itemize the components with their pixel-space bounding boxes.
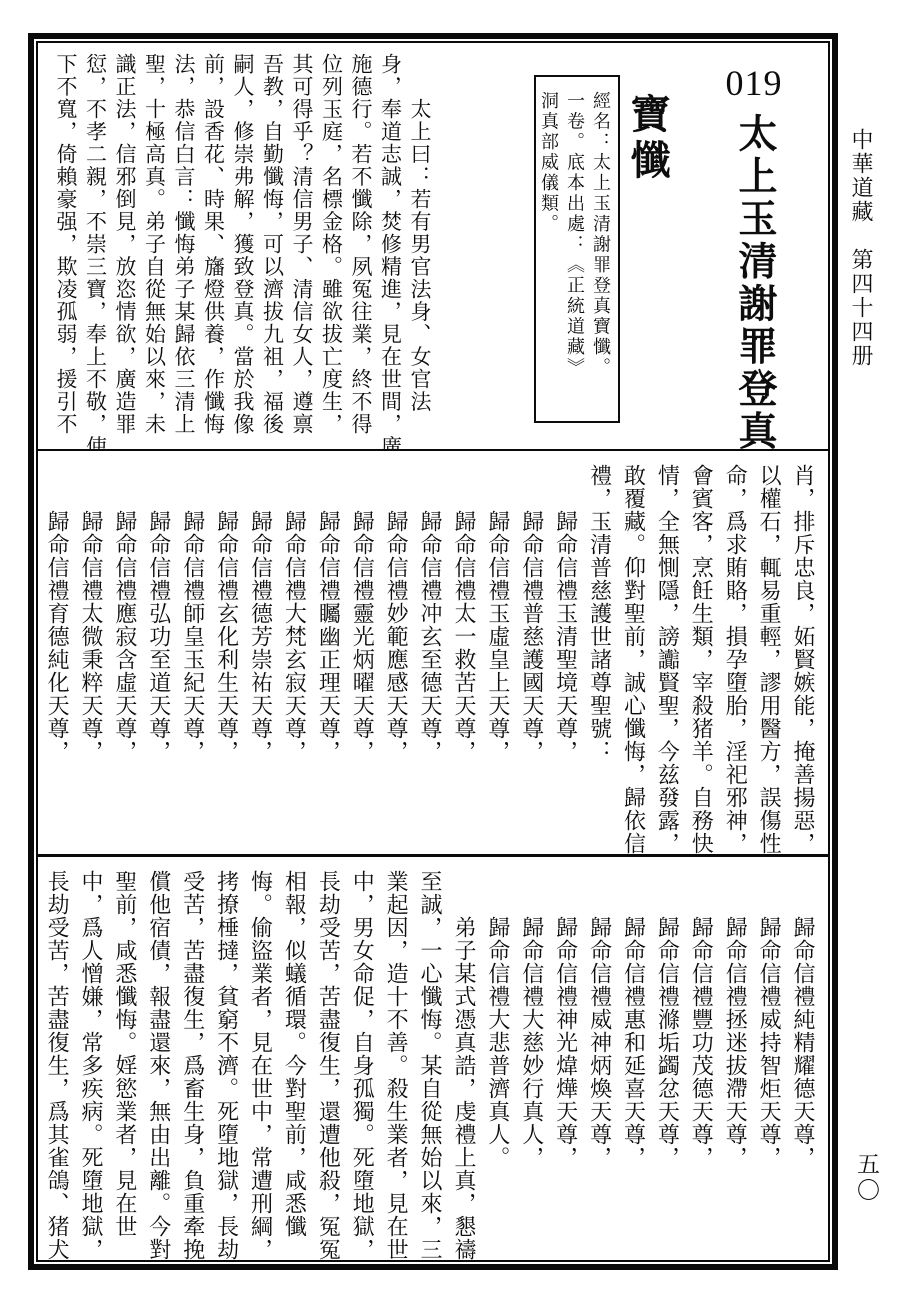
text-column: 吾教，自勤懺悔，可以濟拔九祖，福後 xyxy=(257,53,287,443)
text-column: 歸命信禮德芳崇祐天尊， xyxy=(244,464,278,848)
text-column: 太上曰：若有男官法身、女官法 xyxy=(405,53,435,443)
text-column: 愆，不孝二親，不崇三寶，奉上不敬，使 xyxy=(80,53,110,443)
text-column: 歸命信禮冲玄至德天尊， xyxy=(413,464,447,848)
text-column: 身，奉道志誠，焚修精進，見在世間，廣 xyxy=(375,53,405,443)
text-column: 歸命信禮威持智炬天尊， xyxy=(752,870,786,1254)
text-column: 歸命信禮弘功至道天尊， xyxy=(142,464,176,848)
text-column: 敢覆藏。仰對聖前，誠心懺悔，歸依信 xyxy=(617,464,651,848)
text-column: 弟子某式憑真誥，虔禮上真，懇禱 xyxy=(447,870,481,1254)
colophon-columns: 經名：太上玉清謝罪登真寶懺。一卷。底本出處：《正統道藏》洞真部威儀類。 xyxy=(540,91,614,413)
litany-two-text-columns: 歸命信禮純精耀德天尊， 歸命信禮威持智炬天尊， 歸命信禮拯迷拔滯天尊， 歸命信禮… xyxy=(44,870,820,1254)
text-column: 歸命信禮靈光炳曜天尊， xyxy=(345,464,379,848)
work-number: 019 xyxy=(706,57,802,113)
text-column: 禮，玉清普慈護世諸尊聖號： xyxy=(583,464,617,848)
text-column: 前，設香花、時果、旛燈供養，作懺悔 xyxy=(198,53,228,443)
litany-one-text-columns: 肖，排斥忠良，妬賢嫉能，掩善揚惡，或以權石，輒易重輕，謬用醫方，誤傷性命，爲求賄… xyxy=(44,464,820,848)
text-column: 歸命信禮純精耀德天尊， xyxy=(786,870,820,1254)
text-column: 歸命信禮太一救苦天尊， xyxy=(447,464,481,848)
work-title: 太上玉清謝罪登真 xyxy=(726,113,782,449)
text-column: 悔。偷盜業者，見在世中，常遭刑綱， xyxy=(244,870,278,1254)
text-column: 以權石，輒易重輕，謬用醫方，誤傷性 xyxy=(752,464,786,848)
text-column: 歸命信禮滌垢蠲忿天尊， xyxy=(650,870,684,1254)
text-column: 位列玉庭，名標金格。雖欲拔亡度生， xyxy=(316,53,346,443)
text-column: 歸命信禮大慈妙行真人， xyxy=(515,870,549,1254)
text-column: 中，爲人憎嫌，常多疾病。死墮地獄， xyxy=(74,870,108,1254)
collection-volume-label: 中華道藏 第四十四册 xyxy=(846,128,877,368)
section-litany-one: 肖，排斥忠良，妬賢嫉能，掩善揚惡，或以權石，輒易重輕，謬用醫方，誤傷性命，爲求賄… xyxy=(38,451,828,854)
section-litany-two: 歸命信禮純精耀德天尊， 歸命信禮威持智炬天尊， 歸命信禮拯迷拔滯天尊， 歸命信禮… xyxy=(38,857,828,1260)
colophon-column: 一卷。底本出處：《正統道藏》 xyxy=(562,91,588,413)
text-column: 肖，排斥忠良，妬賢嫉能，掩善揚惡，或 xyxy=(786,464,820,848)
text-column: 歸命信禮玉虛皇上天尊， xyxy=(481,464,515,848)
text-column: 其可得乎？清信男子、清信女人，遵禀 xyxy=(287,53,317,443)
text-column: 歸命信禮太微秉粹天尊， xyxy=(74,464,108,848)
work-subtitle: 寶懺 xyxy=(619,93,676,185)
text-column: 歸命信禮育德純化天尊， xyxy=(40,464,74,848)
colophon-column: 洞真部威儀類。 xyxy=(536,91,562,413)
text-column: 歸命信禮大悲普濟真人。 xyxy=(481,870,515,1254)
text-column: 至誠，一心懺悔。某自從無始以來，三 xyxy=(413,870,447,1254)
text-column: 歸命信禮大梵玄寂天尊， xyxy=(278,464,312,848)
text-column: 施德行。若不懺除，夙冤往業，終不得 xyxy=(346,53,376,443)
page-frame: 019 太上玉清謝罪登真 寶懺 經名：太上玉清謝罪登真寶懺。一卷。底本出處：《正… xyxy=(28,33,838,1270)
opening-text-columns: 太上曰：若有男官法身、女官法身，奉道志誠，焚修精進，見在世間，廣施德行。若不懺除… xyxy=(44,53,434,443)
text-column: 歸命信禮拯迷拔滯天尊， xyxy=(718,870,752,1254)
text-column: 嗣人，修崇弗解，獲致登真。當於我像 xyxy=(228,53,258,443)
text-column: 歸命信禮矚幽正理天尊， xyxy=(311,464,345,848)
text-column: 聖，十極高真。弟子自從無始以來，未 xyxy=(139,53,169,443)
text-column: 償他宿債，報盡還來，無由出離。今對 xyxy=(142,870,176,1254)
colophon-column: 經名：太上玉清謝罪登真寶懺。 xyxy=(588,91,614,413)
text-column: 歸命信禮妙範應感天尊， xyxy=(379,464,413,848)
text-column: 長劫受苦，苦盡復生，還遭他殺，冤冤 xyxy=(311,870,345,1254)
text-column: 下不寬，倚賴豪强，欺凌孤弱，援引不 xyxy=(51,53,81,443)
text-column: 情，全無惻隱，謗讟賢聖，今兹發露，不 xyxy=(650,464,684,848)
text-column: 歸命信禮惠和延喜天尊， xyxy=(617,870,651,1254)
text-column: 歸命信禮師皇玉紀天尊， xyxy=(176,464,210,848)
text-column: 聖前，咸悉懺悔。婬慾業者，見在世 xyxy=(108,870,142,1254)
text-column: 會賓客，烹飪生類，宰殺猪羊。自務快 xyxy=(684,464,718,848)
text-column: 受苦，苦盡復生，爲畜生身，負重牽挽， xyxy=(176,870,210,1254)
scanned-canon-page: 019 太上玉清謝罪登真 寶懺 經名：太上玉清謝罪登真寶懺。一卷。底本出處：《正… xyxy=(0,0,900,1300)
text-column: 中，男女命促，自身孤獨。死墮地獄， xyxy=(345,870,379,1254)
text-column: 歸命信禮玉清聖境天尊， xyxy=(549,464,583,848)
title-block: 019 太上玉清謝罪登真 xyxy=(706,57,802,449)
text-column: 相報，似蟻循環。今對聖前，咸悉懺 xyxy=(278,870,312,1254)
text-column: 拷撩棰撻，貧窮不濟。死墮地獄，長劫 xyxy=(210,870,244,1254)
text-column: 歸命信禮威神炳煥天尊， xyxy=(583,870,617,1254)
text-column: 法，恭信白言：懺悔弟子某歸依三清上 xyxy=(169,53,199,443)
text-column: 業起因，造十不善。殺生業者，見在世 xyxy=(379,870,413,1254)
text-column: 識正法，信邪倒見，放恣情欲，廣造罪 xyxy=(110,53,140,443)
text-column: 歸命信禮豐功茂德天尊， xyxy=(684,870,718,1254)
page-frame-inner: 019 太上玉清謝罪登真 寶懺 經名：太上玉清謝罪登真寶懺。一卷。底本出處：《正… xyxy=(36,41,830,1262)
text-column: 歸命信禮玄化利生天尊， xyxy=(210,464,244,848)
folio-number: 五〇 xyxy=(850,1152,883,1204)
text-column: 歸命信禮神光煒燁天尊， xyxy=(549,870,583,1254)
colophon-box: 經名：太上玉清謝罪登真寶懺。一卷。底本出處：《正統道藏》洞真部威儀類。 xyxy=(534,75,620,423)
text-column: 歸命信禮普慈護國天尊， xyxy=(515,464,549,848)
section-title-and-opening: 019 太上玉清謝罪登真 寶懺 經名：太上玉清謝罪登真寶懺。一卷。底本出處：《正… xyxy=(38,43,828,449)
text-column: 長劫受苦，苦盡復生，爲其雀鴿、猪犬 xyxy=(40,870,74,1254)
text-column: 歸命信禮應寂含虛天尊， xyxy=(108,464,142,848)
text-column: 命，爲求賄賂，損孕墮胎，淫祀邪神，筵 xyxy=(718,464,752,848)
